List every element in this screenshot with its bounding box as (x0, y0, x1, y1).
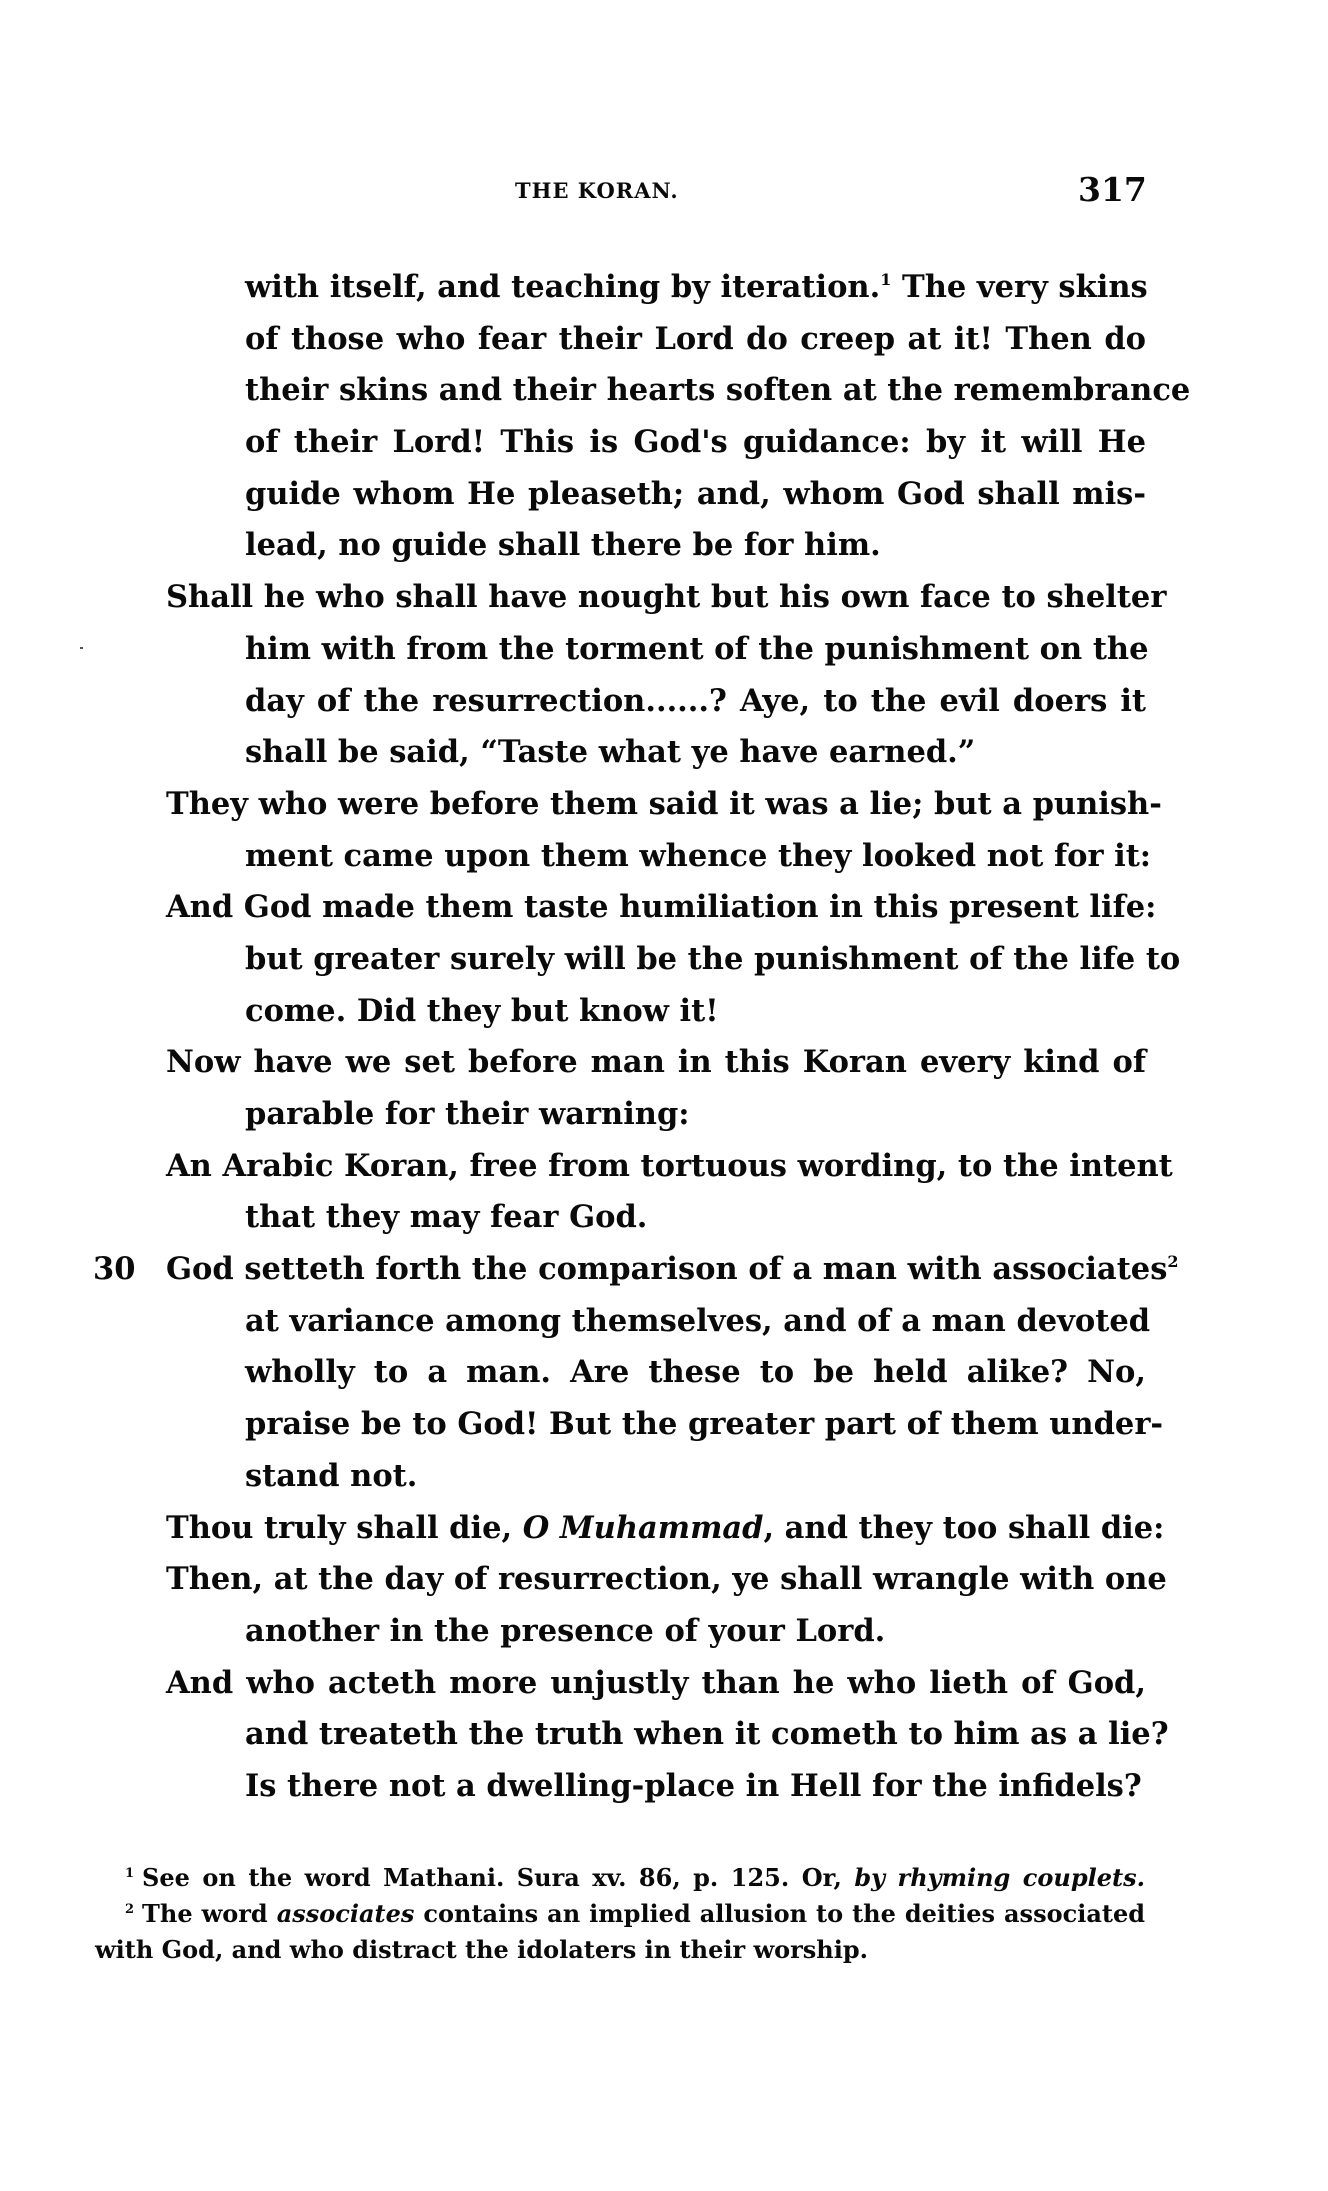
text-line: and treateth the truth when it cometh to… (166, 1709, 1146, 1761)
footnote-text: contains an implied allusion to the deit… (414, 1899, 1145, 1928)
line-text: , and they too shall die: (763, 1510, 1164, 1546)
text-line: Is there not a dwelling-place in Hell fo… (166, 1761, 1146, 1813)
footnote-italic: associates (277, 1899, 415, 1928)
text-line: ment came upon them whence they looked n… (166, 831, 1146, 883)
text-line: of those who fear their Lord do creep at… (166, 314, 1146, 366)
book-page: THE KORAN. 317 with itself, and teaching… (0, 0, 1328, 2191)
text-line: at variance among themselves, and of a m… (166, 1296, 1146, 1348)
text-line: day of the resurrection......? Aye, to t… (166, 676, 1146, 728)
text-line: praise be to God! But the greater part o… (166, 1399, 1146, 1451)
text-line: with itself, and teaching by iteration.1… (166, 262, 1146, 314)
text-line: another in the presence of your Lord. (166, 1606, 1146, 1658)
footnote-marker: 2 (125, 1902, 134, 1917)
paragraph-first-line: An Arabic Koran, free from tortuous word… (166, 1141, 1146, 1193)
text-line: but greater surely will be the punishmen… (166, 934, 1146, 986)
scan-speck (80, 647, 83, 649)
running-head: THE KORAN. 317 (0, 178, 1328, 218)
text-line: that they may fear God. (166, 1192, 1146, 1244)
footnote-italic: by rhyming couplets. (854, 1863, 1145, 1892)
line-text: Thou truly shall die, (166, 1510, 523, 1546)
text-line: him with from the torment of the punishm… (166, 624, 1146, 676)
paragraph-first-line: Now have we set before man in this Koran… (166, 1037, 1146, 1089)
footnote-1: 1See on the word Mathani. Sura xv. 86, p… (95, 1860, 1145, 1896)
paragraph-first-line: Shall he who shall have nought but his o… (166, 572, 1146, 624)
footnotes: 1See on the word Mathani. Sura xv. 86, p… (95, 1860, 1145, 1968)
paragraph-first-line: And who acteth more unjustly than he who… (166, 1658, 1146, 1710)
footnote-2: 2The word associates contains an implied… (95, 1896, 1145, 1932)
footnote-text: See on the word Mathani. Sura xv. 86, p.… (142, 1863, 854, 1892)
line-text: with itself, and teaching by iteration. (245, 269, 880, 305)
line-text: God setteth forth the comparison of a ma… (166, 1251, 1167, 1287)
paragraph-first-line: They who were before them said it was a … (166, 779, 1146, 831)
text-line: shall be said, “Taste what ye have earne… (166, 727, 1146, 779)
text-line: guide whom He pleaseth; and, whom God sh… (166, 469, 1146, 521)
footnote-ref[interactable]: 2 (1167, 1252, 1178, 1271)
paragraph-first-line: Then, at the day of resurrection, ye sha… (166, 1554, 1146, 1606)
text-line: parable for their warning: (166, 1089, 1146, 1141)
footnote-text: The word (142, 1899, 277, 1928)
text-line: come. Did they but know it! (166, 986, 1146, 1038)
footnote-ref[interactable]: 1 (880, 270, 891, 289)
text-line: their skins and their hearts soften at t… (166, 365, 1146, 417)
body-text: with itself, and teaching by iteration.1… (166, 262, 1146, 1813)
paragraph-first-line: Thou truly shall die, O Muhammad, and th… (166, 1503, 1146, 1555)
footnote-marker: 1 (125, 1866, 134, 1881)
text-line: wholly to a man. Are these to be held al… (166, 1347, 1146, 1399)
paragraph-first-line: And God made them taste humiliation in t… (166, 882, 1146, 934)
running-title: THE KORAN. (515, 178, 679, 203)
text-line: stand not. (166, 1451, 1146, 1503)
footnote-2-continuation: with God, and who distract the idolaters… (95, 1932, 1145, 1968)
italic-name: O Muhammad (523, 1510, 764, 1546)
text-line: of their Lord! This is God's guidance: b… (166, 417, 1146, 469)
line-text: The very skins (891, 269, 1147, 305)
verse-number: 30 (93, 1244, 135, 1296)
text-line: lead, no guide shall there be for him. (166, 520, 1146, 572)
page-number: 317 (1078, 170, 1147, 209)
paragraph-first-line: 30God setteth forth the comparison of a … (166, 1244, 1146, 1296)
